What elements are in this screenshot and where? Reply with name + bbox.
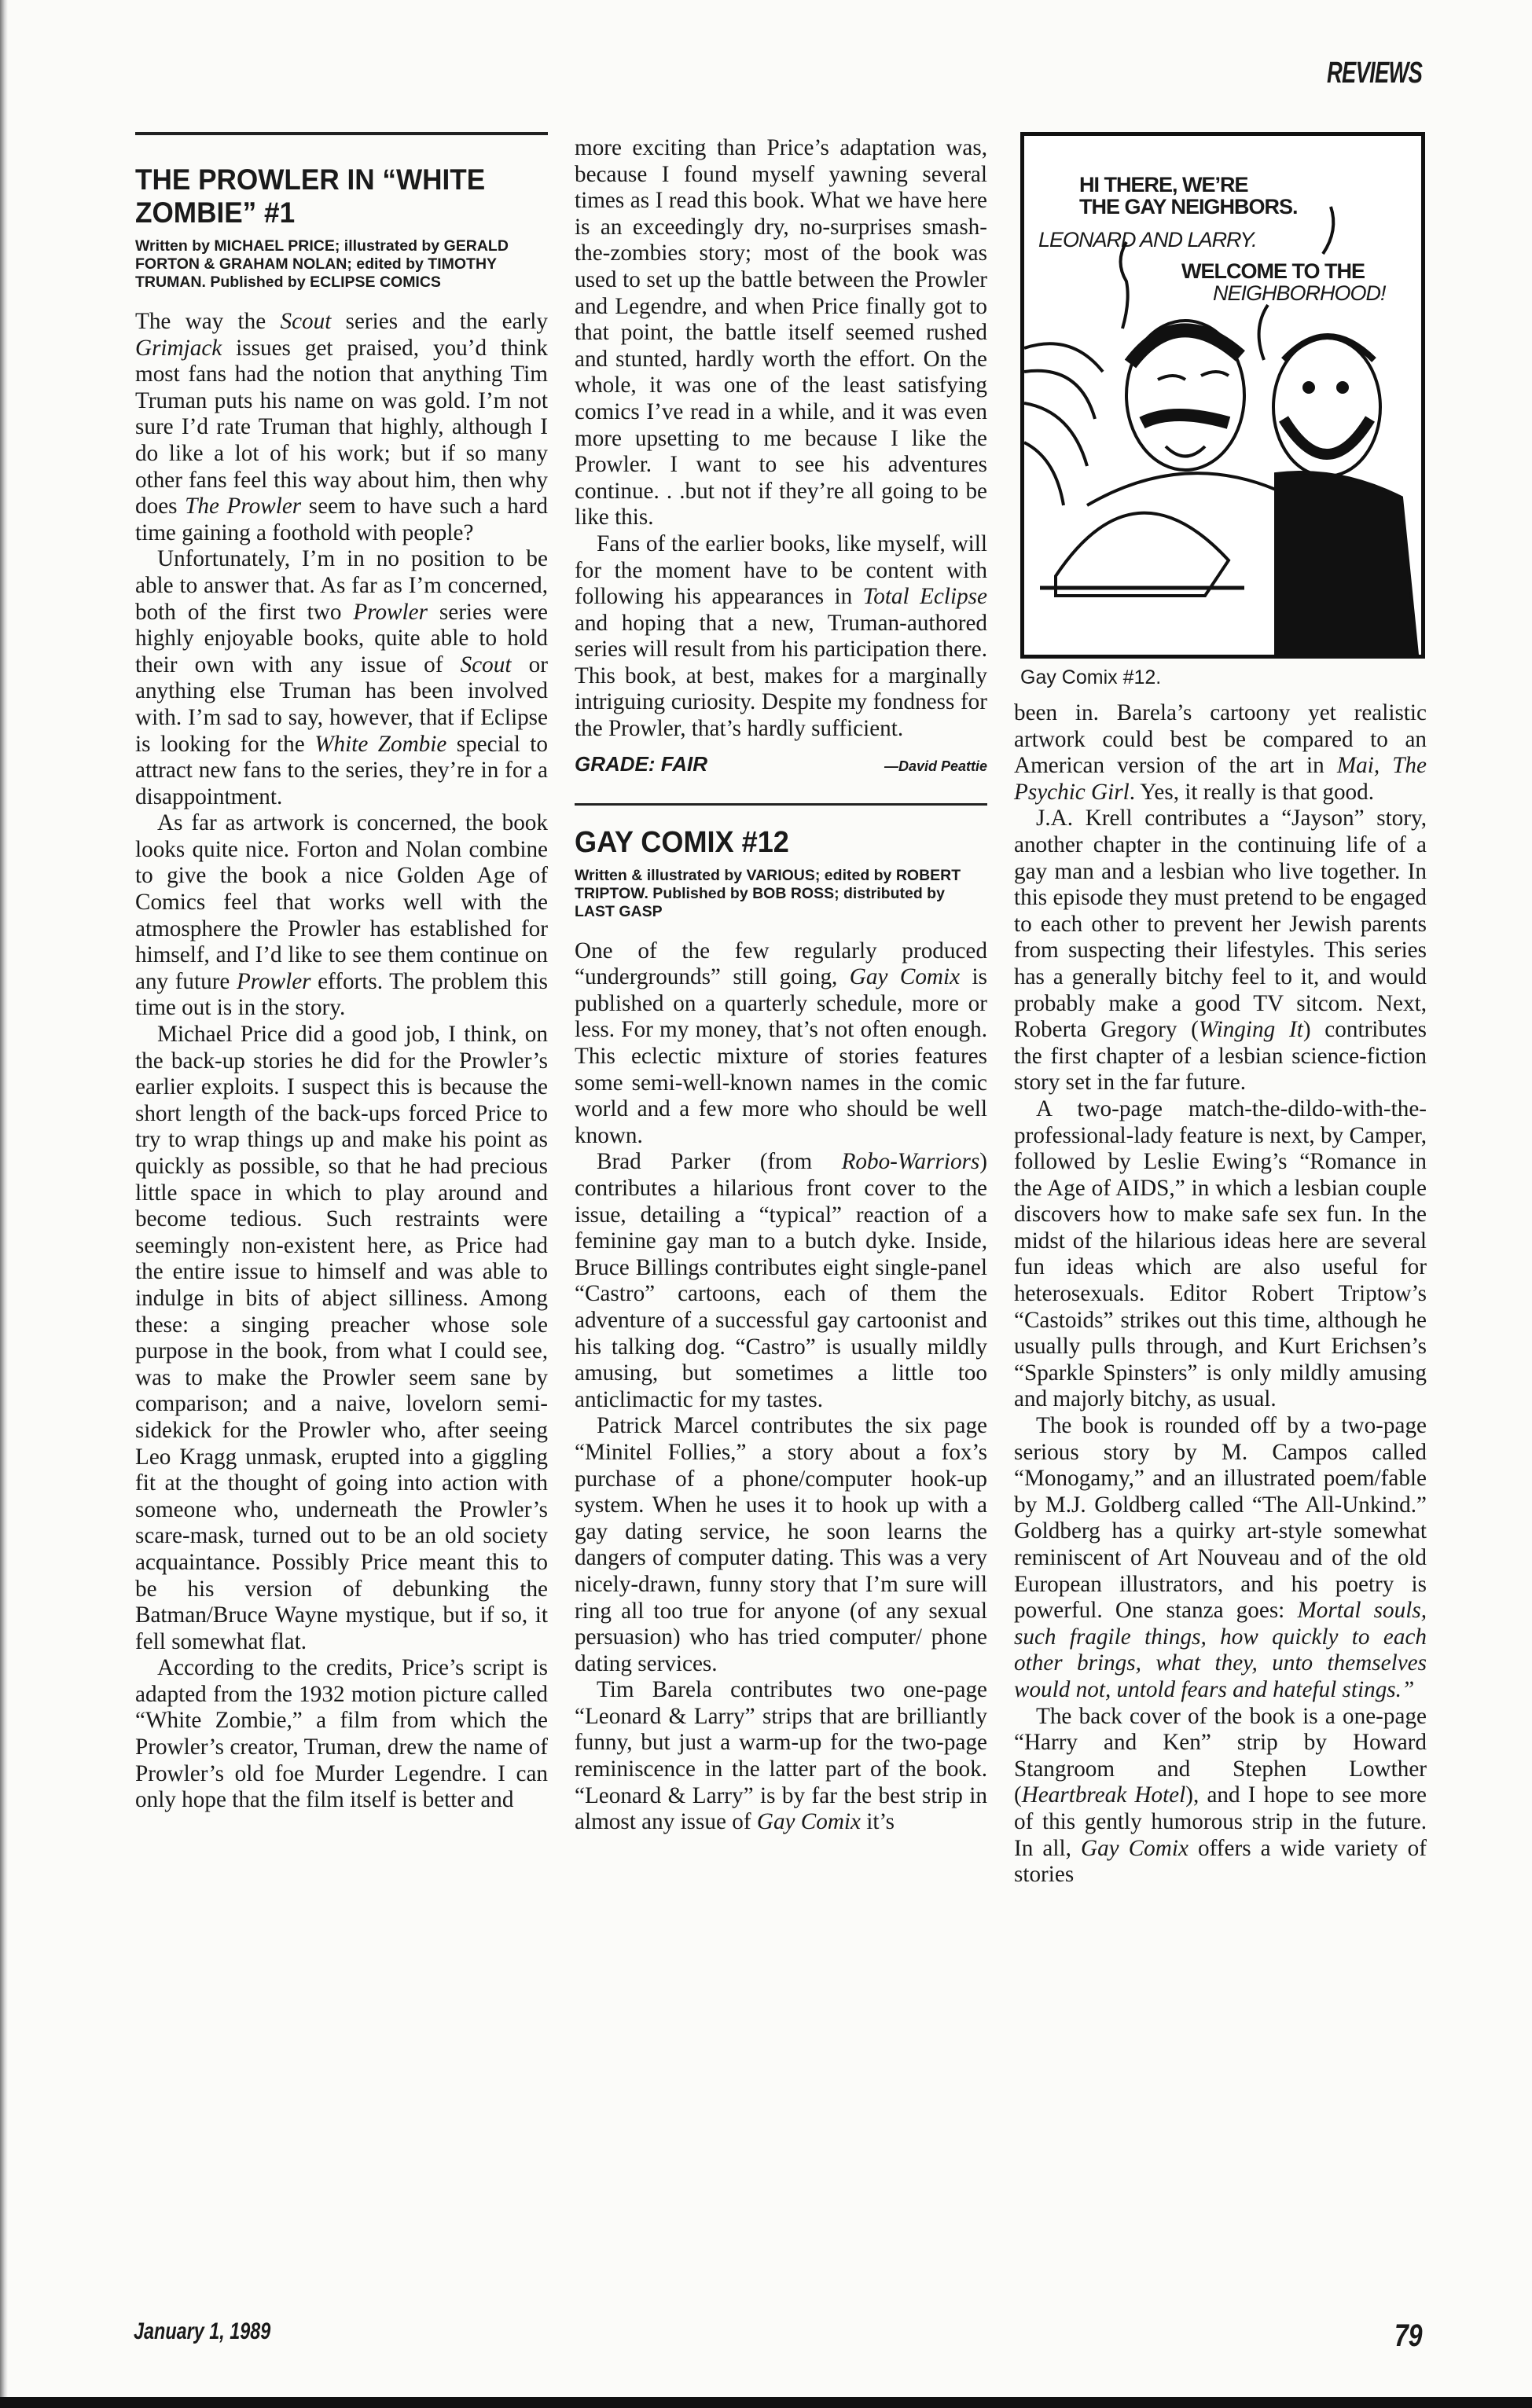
review-title: GAY COMIX #12: [575, 826, 967, 859]
review-body-continued: more exciting than Price’s adaptation wa…: [575, 135, 987, 743]
paragraph: As far as artwork is concerned, the book…: [135, 810, 548, 1022]
page-number: 79: [1394, 2318, 1423, 2354]
paragraph: Michael Price did a good job, I think, o…: [135, 1022, 548, 1655]
grade-label: GRADE: FAIR: [575, 752, 707, 776]
comic-panel-illustration: HI THERE, WE’RE THE GAY NEIGHBORS. LEONA…: [1020, 132, 1425, 659]
divider: [575, 803, 987, 806]
cartoon-drawing-icon: [1024, 136, 1421, 655]
paragraph: Unfortunately, I’m in no position to be …: [135, 546, 548, 810]
paragraph: J.A. Krell contributes a “Jayson” story,…: [1014, 806, 1427, 1096]
review-body: The way the Scout series and the early G…: [135, 309, 548, 1814]
paragraph: Tim Barela contributes two one-page “Leo…: [575, 1677, 987, 1836]
paragraph: Brad Parker (from Robo-Warriors) contrib…: [575, 1149, 987, 1413]
paragraph: Fans of the earlier books, like myself, …: [575, 531, 987, 743]
paragraph: more exciting than Price’s adaptation wa…: [575, 135, 987, 531]
page-gutter-shadow: [0, 0, 8, 2408]
page-bottom-edge: [0, 2397, 1532, 2408]
column-left: THE PROWLER IN “WHITE ZOMBIE” #1 Written…: [135, 132, 548, 1814]
comic-caption: Gay Comix #12.: [1020, 666, 1427, 689]
review-title: THE PROWLER IN “WHITE ZOMBIE” #1: [135, 163, 527, 229]
column-middle: more exciting than Price’s adaptation wa…: [575, 135, 987, 1836]
review-credits: Written by MICHAEL PRICE; illustrated by…: [135, 237, 548, 292]
issue-date: January 1, 1989: [134, 2318, 270, 2345]
paragraph: A two-page match-the-dildo-with-the-prof…: [1014, 1096, 1427, 1413]
review-body: One of the few regularly produced “under…: [575, 938, 987, 1836]
paragraph: The book is rounded off by a two-page se…: [1014, 1413, 1427, 1704]
paragraph: Patrick Marcel contributes the six page …: [575, 1413, 987, 1677]
paragraph: The way the Scout series and the early G…: [135, 309, 548, 546]
reviewer-byline: —David Peattie: [884, 758, 987, 775]
review-body-continued: been in. Barela’s cartoony yet realistic…: [1014, 700, 1427, 1889]
review-credits: Written & illustrated by VARIOUS; edited…: [575, 867, 987, 921]
paragraph: One of the few regularly produced “under…: [575, 938, 987, 1150]
column-right: HI THERE, WE’RE THE GAY NEIGHBORS. LEONA…: [1014, 132, 1427, 1889]
paragraph: The back cover of the book is a one-page…: [1014, 1704, 1427, 1889]
divider: [135, 132, 548, 135]
grade-row: GRADE: FAIR —David Peattie: [575, 752, 987, 776]
paragraph: According to the credits, Price’s script…: [135, 1655, 548, 1814]
section-header: REVIEWS: [1327, 57, 1422, 90]
paragraph: been in. Barela’s cartoony yet realistic…: [1014, 700, 1427, 806]
